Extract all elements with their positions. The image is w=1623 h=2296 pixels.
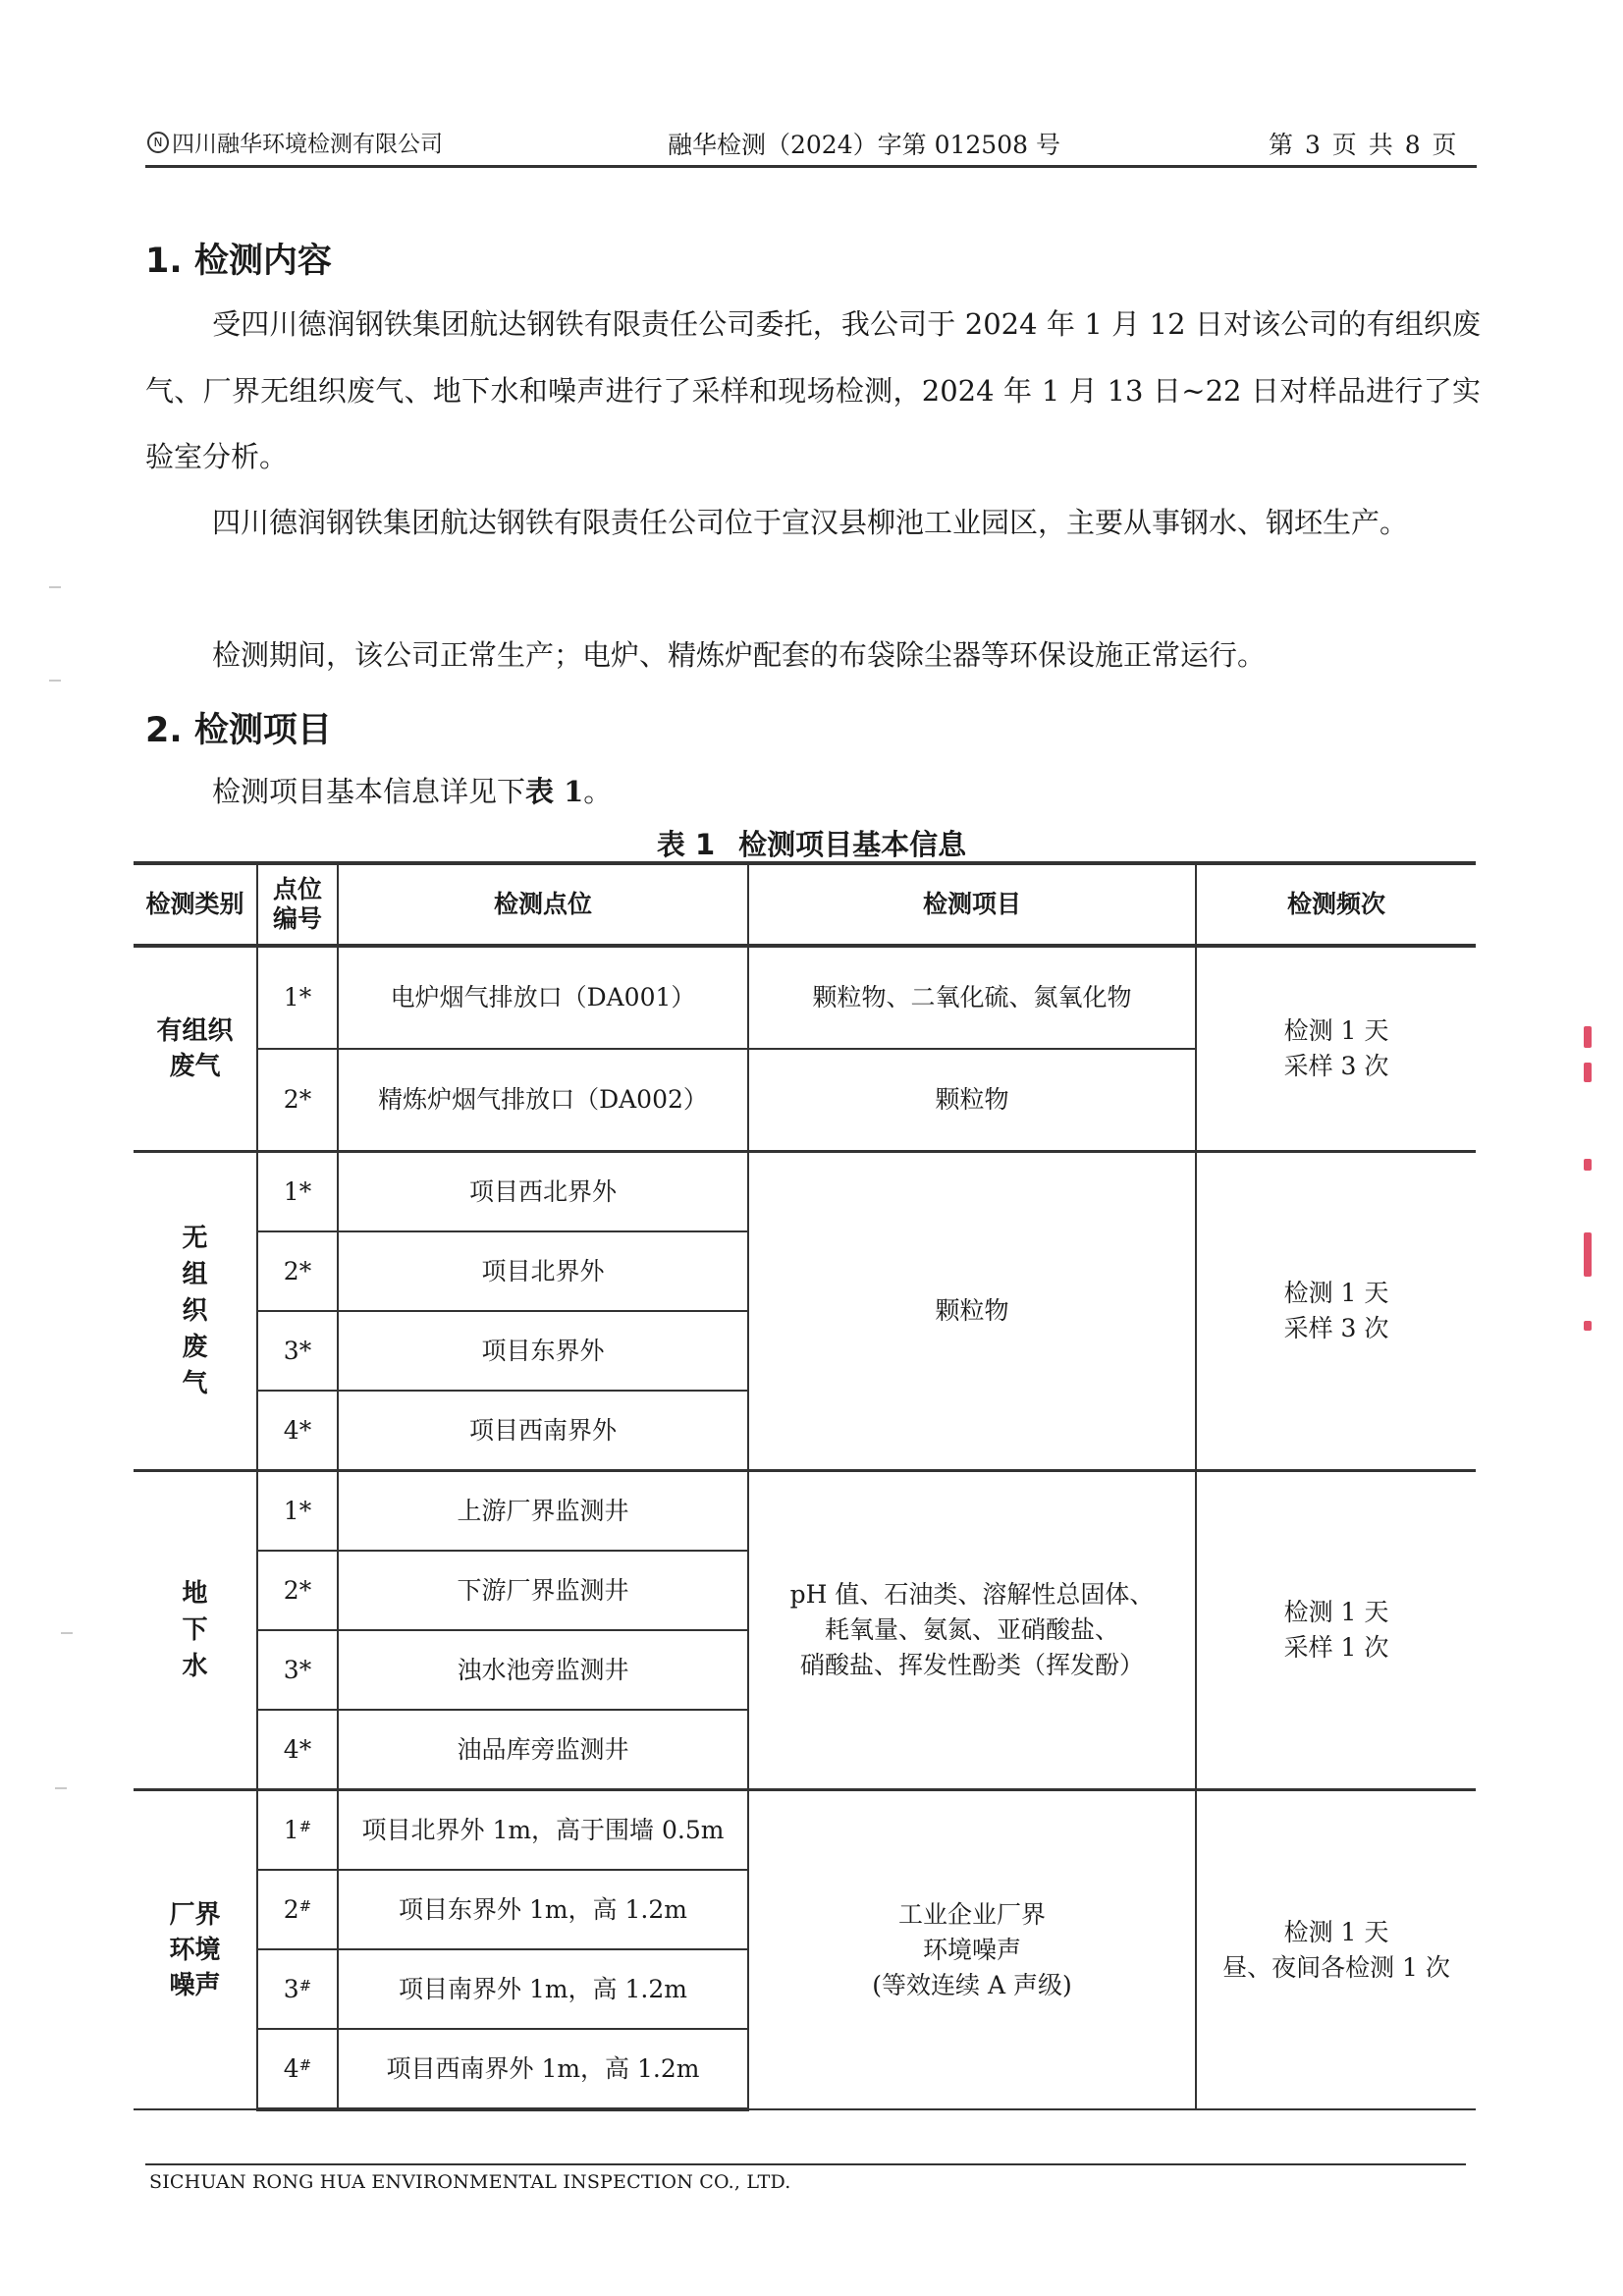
items: 颗粒物 (748, 1049, 1196, 1152)
category-cell: 地下水 (134, 1471, 257, 1790)
company-logo-icon: N (147, 132, 169, 153)
table-row: 地下水 1* 上游厂界监测井 pH 值、石油类、溶解性总固体、耗氧量、氨氮、亚硝… (134, 1471, 1476, 1552)
location: 电炉烟气排放口（DA001） (338, 946, 748, 1049)
table-row: 有组织废气 1* 电炉烟气排放口（DA001） 颗粒物、二氧化硫、氮氧化物 检测… (134, 946, 1476, 1049)
point-no: 3# (257, 1949, 338, 2029)
category-cell: 厂界环境噪声 (134, 1790, 257, 2110)
section-2-paragraph-1: 检测项目基本信息详见下表 1。 (145, 759, 1481, 826)
table-row: 厂界环境噪声 1# 项目北界外 1m，高于围墙 0.5m 工业企业厂界环境噪声(… (134, 1790, 1476, 1871)
detection-items-table: 检测类别 点位编号 检测点位 检测项目 检测频次 有组织废气 1* 电炉烟气排放… (134, 861, 1476, 2111)
location: 项目南界外 1m，高 1.2m (338, 1949, 748, 2029)
scan-mark (49, 586, 61, 588)
frequency-cell: 检测 1 天昼、夜间各检测 1 次 (1196, 1790, 1476, 2110)
category-cell: 无组织废气 (134, 1152, 257, 1471)
location: 项目西北界外 (338, 1152, 748, 1232)
frequency-cell: 检测 1 天采样 3 次 (1196, 946, 1476, 1152)
table-reference: 表 1 (525, 775, 583, 808)
point-no: 1* (257, 1471, 338, 1552)
header-divider (145, 165, 1477, 168)
seal-fragment-icon (1584, 1026, 1592, 1048)
point-no: 2* (257, 1551, 338, 1630)
category-cell: 有组织废气 (134, 946, 257, 1152)
section-1-paragraph-3: 检测期间，该公司正常生产；电炉、精炼炉配套的布袋除尘器等环保设施正常运行。 (145, 623, 1481, 689)
header-category: 检测类别 (134, 863, 257, 946)
table-caption: 表 1检测项目基本信息 (0, 823, 1623, 863)
location: 项目西南界外 1m，高 1.2m (338, 2029, 748, 2109)
section-2-heading: 2. 检测项目 (145, 703, 332, 752)
point-no: 1* (257, 946, 338, 1049)
section-1-paragraph-1: 受四川德润钢铁集团航达钢铁有限责任公司委托，我公司于 2024 年 1 月 12… (145, 292, 1481, 491)
company-name: 四川融华环境检测有限公司 (172, 126, 443, 158)
seal-fragment-icon (1584, 1232, 1592, 1277)
footer-company-en: SICHUAN RONG HUA ENVIRONMENTAL INSPECTIO… (149, 2171, 791, 2193)
point-no: 4* (257, 1391, 338, 1471)
section-1-heading: 1. 检测内容 (145, 234, 332, 283)
point-no: 4* (257, 1710, 338, 1790)
seal-fragment-icon (1584, 1321, 1592, 1331)
point-no: 2* (257, 1231, 338, 1311)
report-number: 融华检测（2024）字第 012508 号 (668, 126, 1060, 161)
frequency-cell: 检测 1 天采样 1 次 (1196, 1471, 1476, 1790)
scan-mark (61, 1632, 73, 1634)
header-company: N 四川融华环境检测有限公司 (147, 126, 443, 158)
items: 颗粒物、二氧化硫、氮氧化物 (748, 946, 1196, 1049)
table-header-row: 检测类别 点位编号 检测点位 检测项目 检测频次 (134, 863, 1476, 946)
point-no: 4# (257, 2029, 338, 2109)
location: 项目东界外 1m，高 1.2m (338, 1870, 748, 1949)
location: 项目东界外 (338, 1311, 748, 1391)
footer-divider (145, 2163, 1466, 2165)
location: 项目北界外 1m，高于围墙 0.5m (338, 1790, 748, 1871)
point-no: 1* (257, 1152, 338, 1232)
point-no: 3* (257, 1311, 338, 1391)
location: 下游厂界监测井 (338, 1551, 748, 1630)
scan-mark (49, 680, 61, 682)
seal-fragment-icon (1584, 1063, 1592, 1082)
page-info: 第 3 页 共 8 页 (1269, 126, 1459, 161)
items: pH 值、石油类、溶解性总固体、耗氧量、氨氮、亚硝酸盐、硝酸盐、挥发性酚类（挥发… (748, 1471, 1196, 1790)
location: 项目北界外 (338, 1231, 748, 1311)
items: 工业企业厂界环境噪声(等效连续 A 声级) (748, 1790, 1196, 2110)
header-frequency: 检测频次 (1196, 863, 1476, 946)
location: 浊水池旁监测井 (338, 1630, 748, 1710)
point-no: 3* (257, 1630, 338, 1710)
location: 项目西南界外 (338, 1391, 748, 1471)
location: 精炼炉烟气排放口（DA002） (338, 1049, 748, 1152)
seal-fragment-icon (1584, 1159, 1592, 1171)
items: 颗粒物 (748, 1152, 1196, 1471)
location: 油品库旁监测井 (338, 1710, 748, 1790)
point-no: 1# (257, 1790, 338, 1871)
table-row: 无组织废气 1* 项目西北界外 颗粒物 检测 1 天采样 3 次 (134, 1152, 1476, 1232)
header-location: 检测点位 (338, 863, 748, 946)
location: 上游厂界监测井 (338, 1471, 748, 1552)
section-1-paragraph-2: 四川德润钢铁集团航达钢铁有限责任公司位于宣汉县柳池工业园区，主要从事钢水、钢坯生… (145, 490, 1481, 557)
point-no: 2# (257, 1870, 338, 1949)
header-items: 检测项目 (748, 863, 1196, 946)
scan-mark (55, 1787, 67, 1789)
header-point-no: 点位编号 (257, 863, 338, 946)
point-no: 2* (257, 1049, 338, 1152)
frequency-cell: 检测 1 天采样 3 次 (1196, 1152, 1476, 1471)
